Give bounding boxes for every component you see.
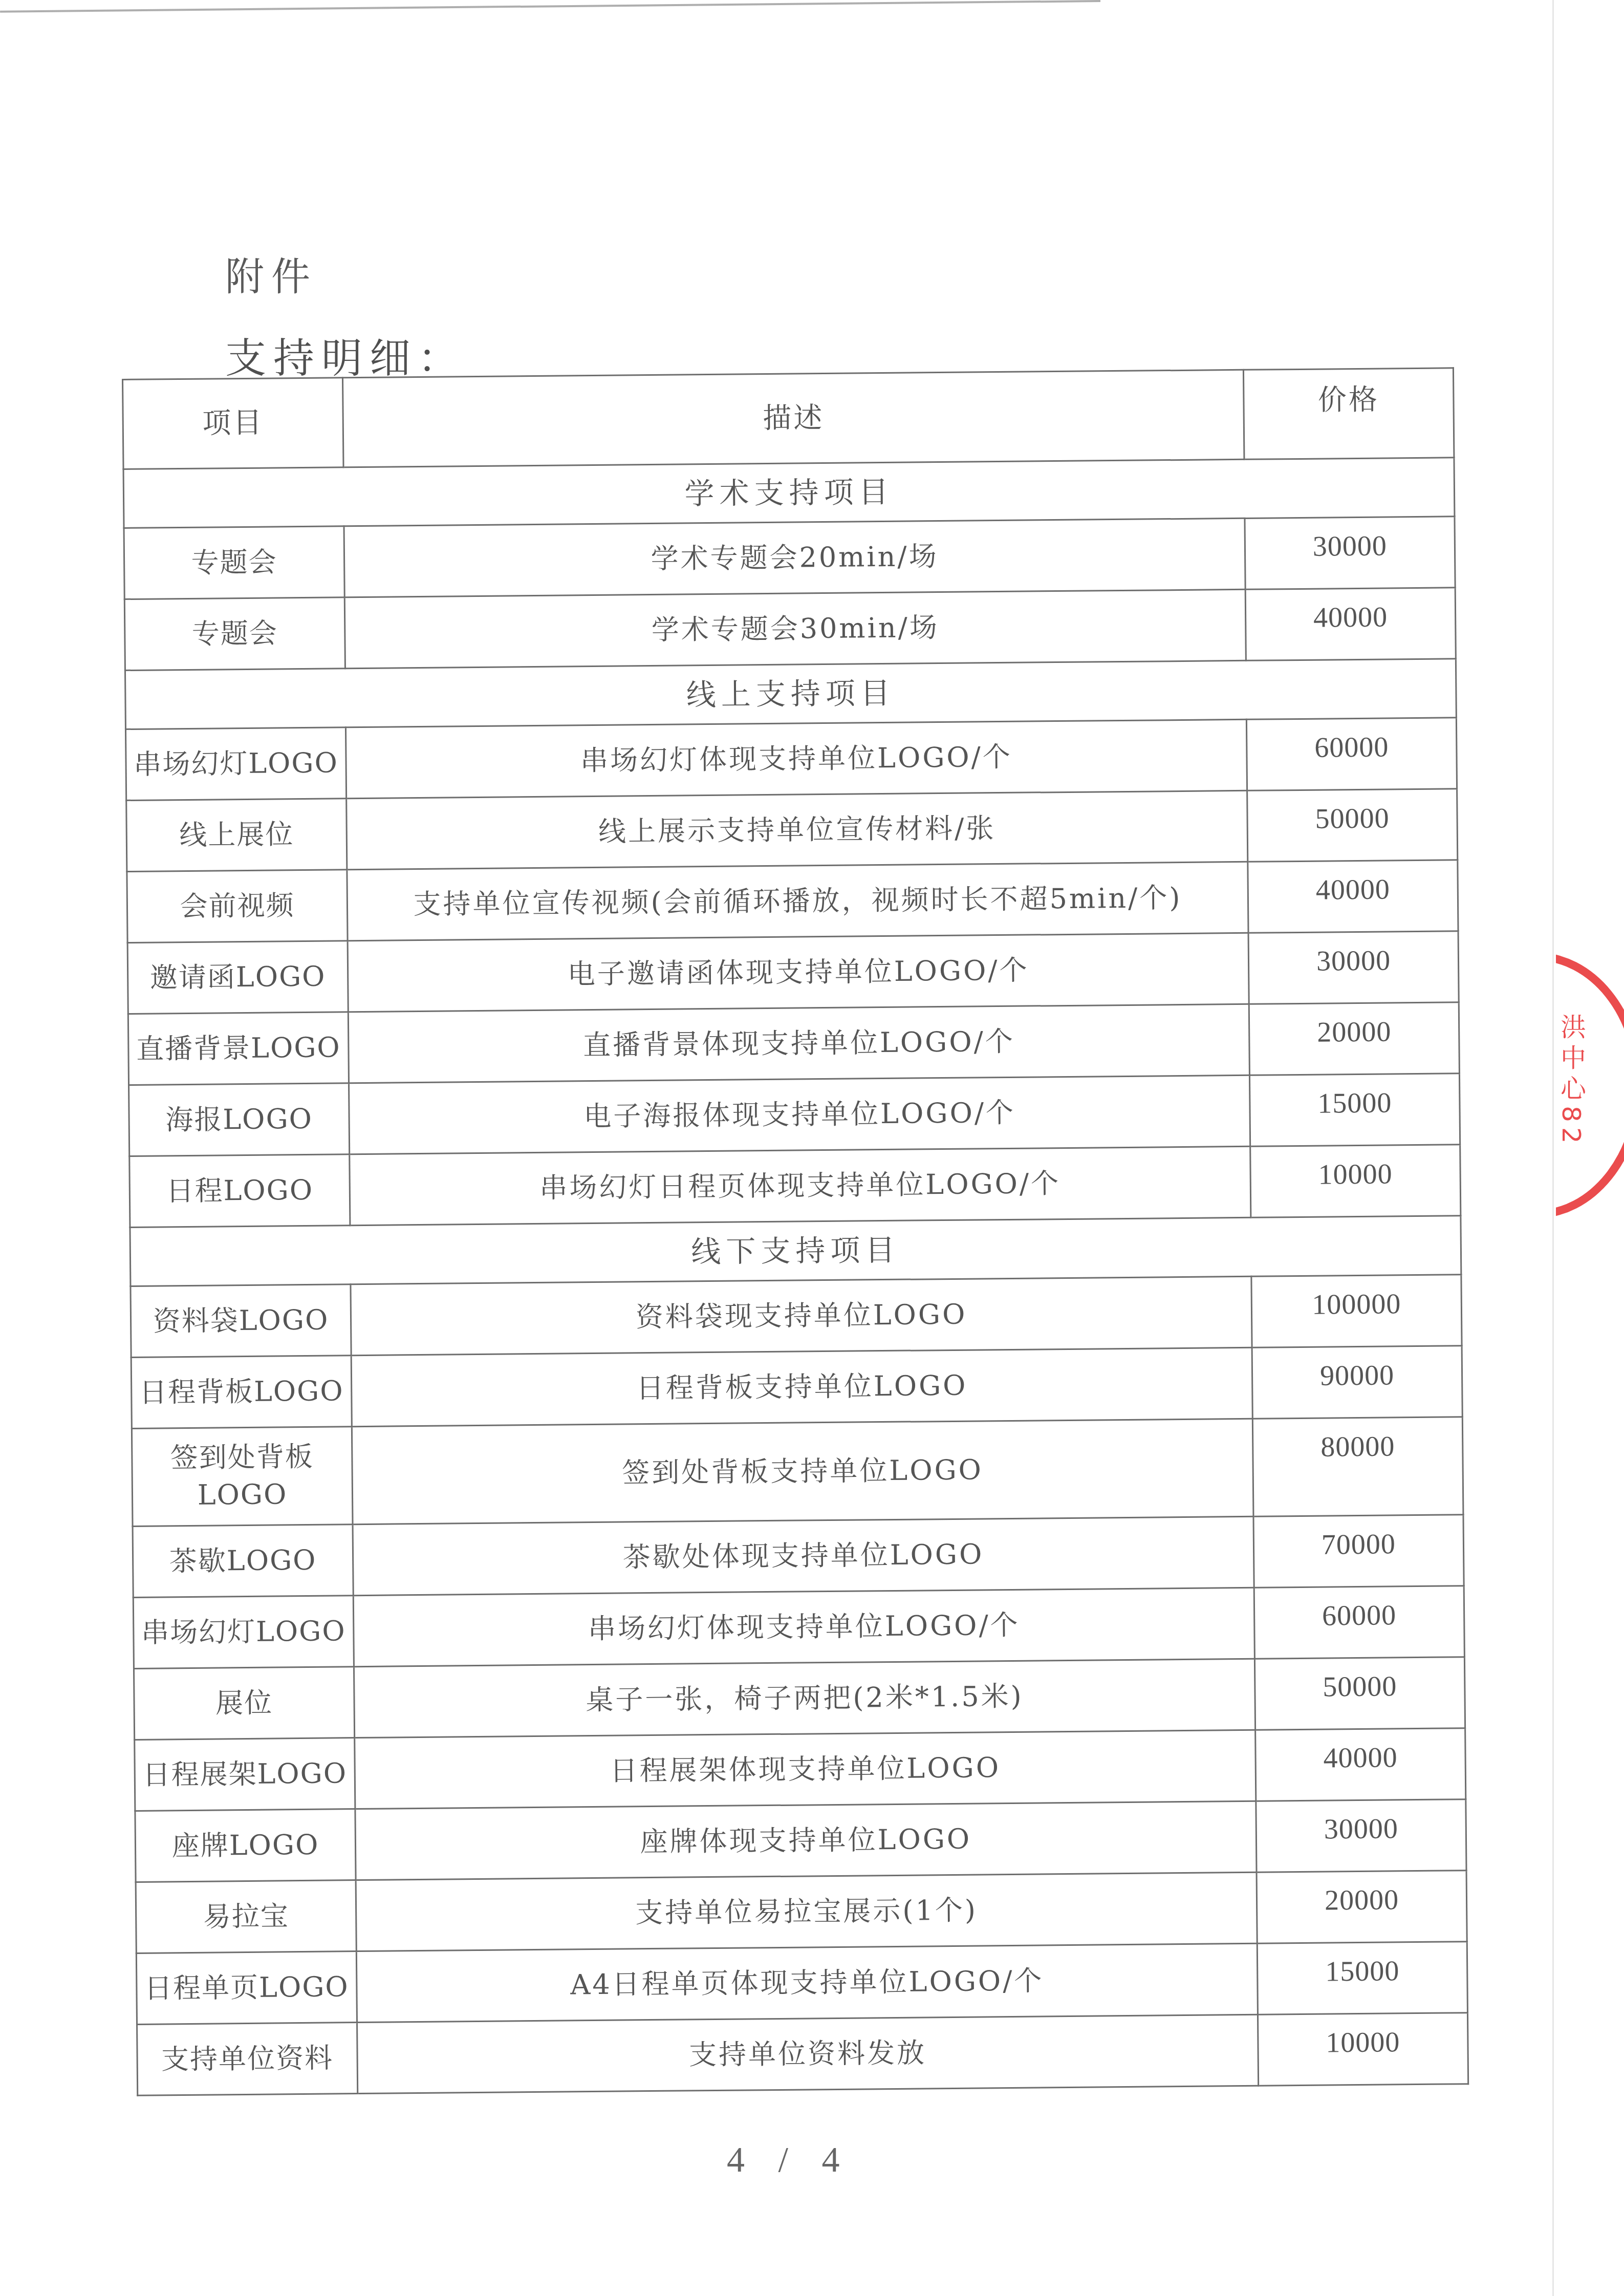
support-details-table: 项目 描述 价格 学术支持项目 专题会 学术专题会20min/场 30000 专… (122, 367, 1469, 2096)
description-cell: 桌子一张，椅子两把(2米*1.5米) (354, 1659, 1255, 1737)
table-row: 串场幻灯LOGO 串场幻灯体现支持单位LOGO/个 60000 (125, 718, 1457, 801)
description-cell: 串场幻灯日程页体现支持单位LOGO/个 (350, 1146, 1251, 1225)
price-cell: 30000 (1248, 931, 1459, 1004)
table-row: 展位 桌子一张，椅子两把(2米*1.5米) 50000 (134, 1657, 1465, 1740)
item-cell: 海报LOGO (129, 1083, 350, 1156)
item-cell: 支持单位资料 (137, 2023, 358, 2096)
header-item: 项目 (123, 378, 344, 469)
item-cell: 直播背景LOGO (128, 1012, 349, 1085)
item-cell: 串场幻灯LOGO (133, 1596, 354, 1669)
table-row: 日程LOGO 串场幻灯日程页体现支持单位LOGO/个 10000 (129, 1145, 1461, 1228)
price-cell: 50000 (1254, 1657, 1465, 1730)
description-cell: A4日程单页体现支持单位LOGO/个 (356, 1943, 1258, 2022)
description-cell: 茶歇处体现支持单位LOGO (353, 1516, 1254, 1595)
price-cell: 15000 (1257, 1942, 1467, 2015)
price-cell: 70000 (1253, 1515, 1464, 1588)
table-row: 专题会 学术专题会20min/场 30000 (124, 517, 1455, 599)
header-description: 描述 (342, 370, 1244, 467)
item-cell: 专题会 (124, 597, 345, 671)
description-cell: 串场幻灯体现支持单位LOGO/个 (345, 719, 1247, 798)
item-cell: 资料袋LOGO (131, 1284, 351, 1358)
item-cell: 日程展架LOGO (135, 1738, 355, 1811)
description-cell: 串场幻灯体现支持单位LOGO/个 (353, 1587, 1254, 1666)
group-header-offline: 线下支持项目 (130, 1216, 1461, 1286)
description-cell: 电子海报体现支持单位LOGO/个 (349, 1075, 1250, 1154)
table-row: 签到处背板LOGO 签到处背板支持单位LOGO 80000 (132, 1417, 1463, 1527)
table-row: 易拉宝 支持单位易拉宝展示(1个) 20000 (136, 1871, 1467, 1954)
price-cell: 20000 (1249, 1002, 1459, 1076)
item-cell: 邀请函LOGO (127, 941, 348, 1014)
description-cell: 直播背景体现支持单位LOGO/个 (348, 1004, 1249, 1083)
table-row: 资料袋LOGO 资料袋现支持单位LOGO 100000 (131, 1275, 1462, 1358)
item-cell: 座牌LOGO (135, 1809, 356, 1882)
seal-text: 洪中心82 (1559, 1014, 1590, 1149)
price-cell: 90000 (1252, 1346, 1462, 1419)
description-cell: 资料袋现支持单位LOGO (351, 1276, 1252, 1355)
description-cell: 支持单位资料发放 (357, 2014, 1259, 2093)
item-cell: 串场幻灯LOGO (125, 727, 346, 801)
table-header-row: 项目 描述 价格 (123, 368, 1454, 469)
price-cell: 60000 (1254, 1586, 1464, 1659)
header-price: 价格 (1243, 368, 1454, 460)
section-heading: 支持明细： (225, 325, 466, 384)
price-cell: 80000 (1252, 1417, 1463, 1517)
table-row: 日程展架LOGO 日程展架体现支持单位LOGO 40000 (135, 1728, 1466, 1811)
price-cell: 10000 (1250, 1145, 1461, 1218)
group-header-online: 线上支持项目 (125, 659, 1456, 729)
item-cell: 会前视频 (127, 870, 348, 943)
table-row: 座牌LOGO 座牌体现支持单位LOGO 30000 (135, 1799, 1466, 1882)
table-row: 串场幻灯LOGO 串场幻灯体现支持单位LOGO/个 60000 (133, 1586, 1464, 1669)
table-row: 日程背板LOGO 日程背板支持单位LOGO 90000 (131, 1346, 1462, 1429)
official-seal-stamp: 洪中心82 (1556, 952, 1624, 1218)
table-row: 直播背景LOGO 直播背景体现支持单位LOGO/个 20000 (128, 1002, 1459, 1085)
description-cell: 支持单位易拉宝展示(1个) (356, 1872, 1257, 1951)
table-row: 支持单位资料 支持单位资料发放 10000 (137, 2013, 1468, 2096)
price-cell: 30000 (1256, 1799, 1466, 1873)
price-cell: 10000 (1258, 2013, 1468, 2086)
description-cell: 学术专题会20min/场 (344, 518, 1245, 597)
item-cell: 签到处背板LOGO (132, 1427, 353, 1527)
item-cell: 线上展位 (126, 799, 347, 872)
price-cell: 40000 (1248, 860, 1458, 933)
item-cell: 日程单页LOGO (136, 1951, 357, 2025)
description-cell: 日程展架体现支持单位LOGO (355, 1730, 1256, 1809)
page-number: 4 / 4 (727, 2140, 852, 2181)
price-cell: 40000 (1245, 588, 1456, 661)
description-cell: 学术专题会30min/场 (344, 589, 1246, 668)
group-title: 线上支持项目 (125, 659, 1456, 729)
table-row: 邀请函LOGO 电子邀请函体现支持单位LOGO/个 30000 (127, 931, 1459, 1014)
description-cell: 日程背板支持单位LOGO (351, 1347, 1252, 1426)
scan-border-line (0, 0, 1100, 16)
table-row: 茶歇LOGO 茶歇处体现支持单位LOGO 70000 (133, 1515, 1464, 1598)
table-row: 日程单页LOGO A4日程单页体现支持单位LOGO/个 15000 (136, 1942, 1467, 2025)
table-row: 专题会 学术专题会30min/场 40000 (124, 588, 1456, 671)
price-cell: 50000 (1247, 789, 1458, 862)
description-cell: 线上展示支持单位宣传材料/张 (347, 790, 1248, 869)
price-cell: 20000 (1257, 1871, 1467, 1944)
price-cell: 40000 (1255, 1728, 1466, 1801)
group-title: 学术支持项目 (123, 458, 1455, 528)
table-row: 会前视频 支持单位宣传视频(会前循环播放，视频时长不超5min/个) 40000 (127, 860, 1458, 943)
price-cell: 30000 (1245, 517, 1455, 590)
attachment-label: 附件 (225, 246, 317, 302)
item-cell: 日程背板LOGO (131, 1356, 352, 1429)
support-details-table-container: 项目 描述 价格 学术支持项目 专题会 学术专题会20min/场 30000 专… (122, 367, 1467, 2096)
item-cell: 茶歇LOGO (133, 1525, 353, 1598)
description-cell: 支持单位宣传视频(会前循环播放，视频时长不超5min/个) (347, 862, 1248, 940)
table-row: 海报LOGO 电子海报体现支持单位LOGO/个 15000 (129, 1074, 1460, 1156)
price-cell: 15000 (1249, 1074, 1460, 1147)
description-cell: 电子邀请函体现支持单位LOGO/个 (348, 933, 1249, 1012)
item-cell: 展位 (134, 1667, 354, 1740)
page-edge (1552, 0, 1554, 2296)
item-cell: 专题会 (124, 526, 344, 599)
price-cell: 60000 (1246, 718, 1457, 791)
price-cell: 100000 (1251, 1275, 1462, 1348)
table-row: 线上展位 线上展示支持单位宣传材料/张 50000 (126, 789, 1458, 872)
description-cell: 签到处背板支持单位LOGO (352, 1419, 1253, 1524)
item-cell: 日程LOGO (129, 1154, 350, 1228)
description-cell: 座牌体现支持单位LOGO (355, 1801, 1257, 1880)
group-title: 线下支持项目 (130, 1216, 1461, 1286)
group-header-academic: 学术支持项目 (123, 458, 1455, 528)
item-cell: 易拉宝 (136, 1880, 356, 1954)
